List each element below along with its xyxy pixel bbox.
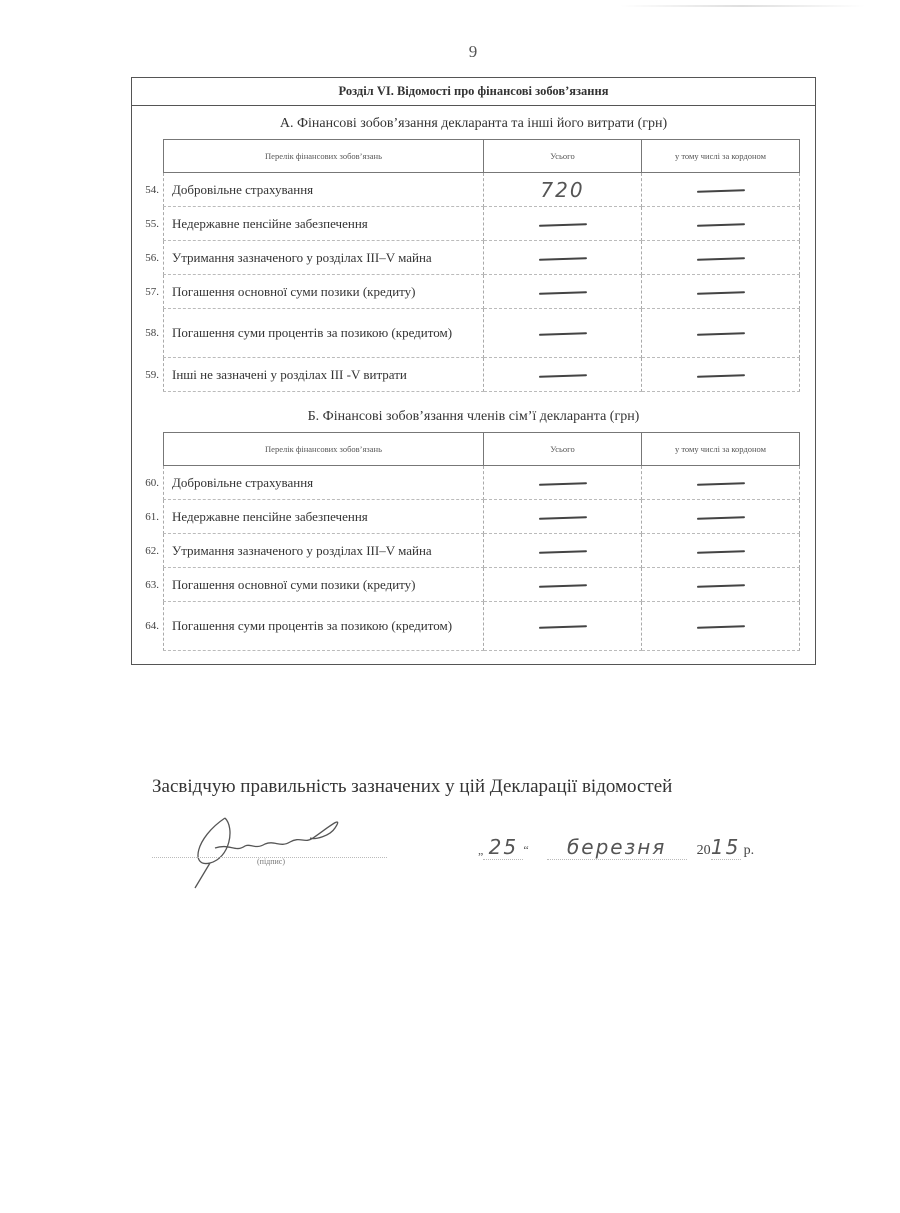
abroad-amount-cell bbox=[642, 275, 800, 309]
abroad-amount-dash bbox=[696, 257, 744, 261]
abroad-amount-cell bbox=[642, 466, 800, 500]
obligation-label-cell: 61.Недержавне пенсійне забезпечення bbox=[164, 500, 484, 534]
abroad-amount-cell bbox=[642, 358, 800, 392]
attestation-text: Засвідчую правильність зазначених у цій … bbox=[152, 776, 672, 798]
total-amount-cell bbox=[484, 568, 642, 602]
table-row: 57.Погашення основної суми позики (креди… bbox=[164, 275, 800, 309]
obligation-label: Добровільне страхування bbox=[172, 475, 313, 490]
part-b-table: Перелік фінансових зобов’язань Усього у … bbox=[163, 432, 800, 651]
row-number: 62. bbox=[133, 545, 159, 557]
column-header-total: Усього bbox=[484, 140, 642, 173]
obligation-label-cell: 57.Погашення основної суми позики (креди… bbox=[164, 275, 484, 309]
abroad-amount-cell bbox=[642, 173, 800, 207]
total-amount-dash bbox=[538, 257, 586, 261]
total-amount: 720 bbox=[540, 178, 584, 202]
obligation-label-cell: 58.Погашення суми процентів за позикою (… bbox=[164, 309, 484, 358]
abroad-amount-dash bbox=[696, 374, 744, 378]
obligation-label-cell: 64.Погашення суми процентів за позикою (… bbox=[164, 602, 484, 651]
obligation-label-cell: 54.Добровільне страхування bbox=[164, 173, 484, 207]
obligation-label-cell: 63.Погашення основної суми позики (креди… bbox=[164, 568, 484, 602]
signature-caption: (підпис) bbox=[257, 857, 285, 866]
signature-icon bbox=[185, 808, 355, 890]
section-frame: Розділ VI. Відомості про фінансові зобов… bbox=[131, 77, 816, 665]
row-number: 55. bbox=[133, 218, 159, 230]
abroad-amount-cell bbox=[642, 207, 800, 241]
total-amount-dash bbox=[538, 223, 586, 227]
table-row: 62.Утримання зазначеного у розділах III–… bbox=[164, 534, 800, 568]
total-amount-cell bbox=[484, 466, 642, 500]
abroad-amount-cell bbox=[642, 241, 800, 275]
obligation-label: Недержавне пенсійне забезпечення bbox=[172, 216, 368, 231]
row-number: 54. bbox=[133, 184, 159, 196]
table-row: 56.Утримання зазначеного у розділах III–… bbox=[164, 241, 800, 275]
date-year-prefix: 20 bbox=[697, 843, 711, 859]
abroad-amount-cell bbox=[642, 309, 800, 358]
row-number: 56. bbox=[133, 252, 159, 264]
total-amount-dash bbox=[538, 332, 586, 336]
abroad-amount-dash bbox=[696, 516, 744, 520]
table-row: 63.Погашення основної суми позики (креди… bbox=[164, 568, 800, 602]
date-field: „ 25 “ березня 20 15 р. bbox=[478, 835, 754, 860]
abroad-amount-cell bbox=[642, 602, 800, 651]
abroad-amount-dash bbox=[696, 625, 744, 629]
table-row: 59.Інші не зазначені у розділах III -V в… bbox=[164, 358, 800, 392]
obligation-label: Утримання зазначеного у розділах III–V м… bbox=[172, 250, 432, 265]
obligation-label: Погашення суми процентів за позикою (кре… bbox=[172, 325, 452, 340]
total-amount-cell bbox=[484, 500, 642, 534]
total-amount-dash bbox=[538, 550, 586, 554]
abroad-amount-dash bbox=[696, 291, 744, 295]
obligation-label-cell: 56.Утримання зазначеного у розділах III–… bbox=[164, 241, 484, 275]
total-amount-dash bbox=[538, 584, 586, 588]
obligation-label: Погашення основної суми позики (кредиту) bbox=[172, 577, 416, 592]
total-amount-cell bbox=[484, 309, 642, 358]
date-month: березня bbox=[547, 835, 687, 860]
row-number: 64. bbox=[133, 618, 159, 634]
obligation-label: Добровільне страхування bbox=[172, 182, 313, 197]
total-amount-dash bbox=[538, 482, 586, 486]
obligation-label: Утримання зазначеного у розділах III–V м… bbox=[172, 543, 432, 558]
obligation-label-cell: 60.Добровільне страхування bbox=[164, 466, 484, 500]
row-number: 57. bbox=[133, 286, 159, 298]
table-row: 64.Погашення суми процентів за позикою (… bbox=[164, 602, 800, 651]
total-amount-cell bbox=[484, 241, 642, 275]
total-amount-dash bbox=[538, 516, 586, 520]
table-row: 58.Погашення суми процентів за позикою (… bbox=[164, 309, 800, 358]
row-number: 60. bbox=[133, 477, 159, 489]
abroad-amount-dash bbox=[696, 332, 744, 336]
column-header-abroad: у тому числі за кордоном bbox=[642, 433, 800, 466]
date-year-suffix: 15 bbox=[711, 835, 741, 860]
row-number: 63. bbox=[133, 579, 159, 591]
scan-artifact bbox=[620, 5, 865, 7]
obligation-label: Недержавне пенсійне забезпечення bbox=[172, 509, 368, 524]
obligation-label: Інші не зазначені у розділах III -V витр… bbox=[172, 367, 407, 382]
obligation-label: Погашення основної суми позики (кредиту) bbox=[172, 284, 416, 299]
total-amount-dash bbox=[538, 374, 586, 378]
abroad-amount-cell bbox=[642, 500, 800, 534]
part-a-table: Перелік фінансових зобов’язань Усього у … bbox=[163, 139, 800, 392]
abroad-amount-dash bbox=[696, 550, 744, 554]
table-row: 61.Недержавне пенсійне забезпечення bbox=[164, 500, 800, 534]
row-number: 59. bbox=[133, 369, 159, 381]
obligation-label: Погашення суми процентів за позикою (кре… bbox=[172, 618, 452, 633]
total-amount-cell bbox=[484, 207, 642, 241]
part-a-title: А. Фінансові зобов’язання декларанта та … bbox=[132, 116, 815, 132]
table-row: 55.Недержавне пенсійне забезпечення bbox=[164, 207, 800, 241]
total-amount-cell: 720 bbox=[484, 173, 642, 207]
obligation-label-cell: 59.Інші не зазначені у розділах III -V в… bbox=[164, 358, 484, 392]
column-header-obligations: Перелік фінансових зобов’язань bbox=[164, 433, 484, 466]
date-suffix: р. bbox=[744, 843, 755, 859]
column-header-obligations: Перелік фінансових зобов’язань bbox=[164, 140, 484, 173]
abroad-amount-dash bbox=[696, 482, 744, 486]
table-row: 60.Добровільне страхування bbox=[164, 466, 800, 500]
section-title: Розділ VI. Відомості про фінансові зобов… bbox=[132, 78, 815, 106]
total-amount-cell bbox=[484, 358, 642, 392]
abroad-amount-cell bbox=[642, 534, 800, 568]
column-header-total: Усього bbox=[484, 433, 642, 466]
page-number: 9 bbox=[0, 42, 900, 62]
abroad-amount-dash bbox=[696, 584, 744, 588]
abroad-amount-dash bbox=[696, 189, 744, 193]
total-amount-cell bbox=[484, 275, 642, 309]
total-amount-dash bbox=[538, 291, 586, 295]
date-day: 25 bbox=[483, 835, 523, 860]
total-amount-cell bbox=[484, 534, 642, 568]
table-row: 54.Добровільне страхування720 bbox=[164, 173, 800, 207]
part-b-title: Б. Фінансові зобов’язання членів сім’ї д… bbox=[132, 409, 815, 425]
abroad-amount-cell bbox=[642, 568, 800, 602]
column-header-abroad: у тому числі за кордоном bbox=[642, 140, 800, 173]
date-close-quote: “ bbox=[523, 843, 528, 858]
obligation-label-cell: 62.Утримання зазначеного у розділах III–… bbox=[164, 534, 484, 568]
row-number: 58. bbox=[133, 325, 159, 341]
obligation-label-cell: 55.Недержавне пенсійне забезпечення bbox=[164, 207, 484, 241]
total-amount-cell bbox=[484, 602, 642, 651]
total-amount-dash bbox=[538, 625, 586, 629]
row-number: 61. bbox=[133, 511, 159, 523]
abroad-amount-dash bbox=[696, 223, 744, 227]
